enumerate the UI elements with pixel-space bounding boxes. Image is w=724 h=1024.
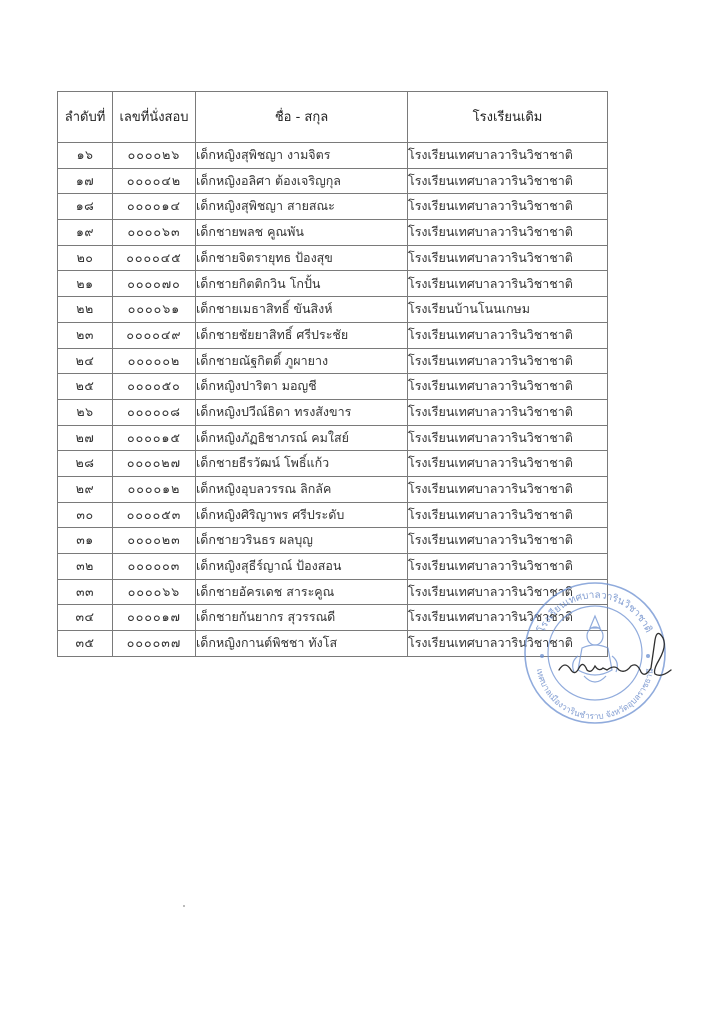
- table-row: ๓๒๐๐๐๐๐๓เด็กหญิงสุธีร์ญาณ์ ป้องสอนโรงเรี…: [58, 554, 608, 580]
- seat-number: ๐๐๐๐๔๕: [113, 245, 196, 271]
- seat-number: ๐๐๐๐๗๐: [113, 271, 196, 297]
- former-school: โรงเรียนเทศบาลวารินวิชาชาติ: [408, 476, 608, 502]
- table-row: ๒๖๐๐๐๐๐๘เด็กหญิงปวีณ์ธิดา ทรงสังขารโรงเร…: [58, 399, 608, 425]
- seat-number: ๐๐๐๐๒๗: [113, 451, 196, 477]
- table-row: ๑๗๐๐๐๐๔๒เด็กหญิงอลิศา ต้องเจริญกุลโรงเรี…: [58, 168, 608, 194]
- header-order-number: ลำดับที่: [58, 92, 113, 143]
- student-name: เด็กชายณัฐกิตติ์ ภูผายาง: [196, 348, 408, 374]
- order-number: ๑๘: [58, 194, 113, 220]
- seat-number: ๐๐๐๐๕๓: [113, 502, 196, 528]
- seat-number: ๐๐๐๐๒๓: [113, 528, 196, 554]
- student-name: เด็กชายกันยากร สุวรรณดี: [196, 605, 408, 631]
- student-name: เด็กหญิงสุธีร์ญาณ์ ป้องสอน: [196, 554, 408, 580]
- seat-number: ๐๐๐๐๑๕: [113, 425, 196, 451]
- former-school: โรงเรียนเทศบาลวารินวิชาชาติ: [408, 451, 608, 477]
- table-row: ๒๑๐๐๐๐๗๐เด็กชายกิตติกวิน โกปั้นโรงเรียนเ…: [58, 271, 608, 297]
- seat-number: ๐๐๐๐๑๒: [113, 476, 196, 502]
- table-body: ๑๖๐๐๐๐๒๖เด็กหญิงสุพิชญา งามจิตรโรงเรียนเ…: [58, 143, 608, 657]
- student-name: เด็กชายกิตติกวิน โกปั้น: [196, 271, 408, 297]
- svg-text:เทศบาลเมืองวารินชำราบ จังหวัดอ: เทศบาลเมืองวารินชำราบ จังหวัดอุบลราชธานี: [534, 667, 657, 722]
- former-school: โรงเรียนเทศบาลวารินวิชาชาติ: [408, 399, 608, 425]
- table-row: ๓๑๐๐๐๐๒๓เด็กชายวรินธร ผลบุญโรงเรียนเทศบา…: [58, 528, 608, 554]
- table-row: ๒๘๐๐๐๐๒๗เด็กชายธีรวัฒน์ โพธิ์แก้วโรงเรีย…: [58, 451, 608, 477]
- order-number: ๒๑: [58, 271, 113, 297]
- former-school: โรงเรียนเทศบาลวารินวิชาชาติ: [408, 194, 608, 220]
- stamp-bottom-text: เทศบาลเมืองวารินชำราบ จังหวัดอุบลราชธานี: [534, 667, 657, 722]
- former-school: โรงเรียนเทศบาลวารินวิชาชาติ: [408, 631, 608, 657]
- order-number: ๓๔: [58, 605, 113, 631]
- header-seat-number: เลขที่นั่งสอบ: [113, 92, 196, 143]
- order-number: ๓๕: [58, 631, 113, 657]
- order-number: ๒๘: [58, 451, 113, 477]
- order-number: ๓๑: [58, 528, 113, 554]
- table-row: ๑๘๐๐๐๐๑๔เด็กหญิงสุพิชญา สายสณะโรงเรียนเท…: [58, 194, 608, 220]
- table-row: ๒๓๐๐๐๐๔๙เด็กชายชัยยาสิทธิ์ ศรีประชัยโรงเ…: [58, 322, 608, 348]
- former-school: โรงเรียนเทศบาลวารินวิชาชาติ: [408, 143, 608, 169]
- order-number: ๓๐: [58, 502, 113, 528]
- student-name: เด็กหญิงอลิศา ต้องเจริญกุล: [196, 168, 408, 194]
- order-number: ๒๓: [58, 322, 113, 348]
- former-school: โรงเรียนเทศบาลวารินวิชาชาติ: [408, 220, 608, 246]
- table-row: ๑๙๐๐๐๐๖๓เด็กชายพลช คูณพันโรงเรียนเทศบาลว…: [58, 220, 608, 246]
- former-school: โรงเรียนเทศบาลวารินวิชาชาติ: [408, 502, 608, 528]
- order-number: ๒๖: [58, 399, 113, 425]
- former-school: โรงเรียนเทศบาลวารินวิชาชาติ: [408, 579, 608, 605]
- table-row: ๓๓๐๐๐๐๖๖เด็กชายอัครเดช สาระคูณโรงเรียนเท…: [58, 579, 608, 605]
- order-number: ๒๔: [58, 348, 113, 374]
- order-number: ๒๒: [58, 297, 113, 323]
- seat-number: ๐๐๐๐๖๑: [113, 297, 196, 323]
- table-row: ๒๙๐๐๐๐๑๒เด็กหญิงอุบลวรรณ ลิกลัคโรงเรียนเ…: [58, 476, 608, 502]
- table-row: ๒๐๐๐๐๐๔๕เด็กชายจิตรายุทธ ป้องสุขโรงเรียน…: [58, 245, 608, 271]
- order-number: ๒๗: [58, 425, 113, 451]
- former-school: โรงเรียนเทศบาลวารินวิชาชาติ: [408, 245, 608, 271]
- header-former-school: โรงเรียนเดิม: [408, 92, 608, 143]
- order-number: ๒๐: [58, 245, 113, 271]
- order-number: ๓๒: [58, 554, 113, 580]
- order-number: ๑๗: [58, 168, 113, 194]
- order-number: ๑๙: [58, 220, 113, 246]
- seat-number: ๐๐๐๐๔๙: [113, 322, 196, 348]
- student-name: เด็กหญิงกานต์พิชชา ทังโส: [196, 631, 408, 657]
- student-name: เด็กหญิงปาริตา มอญชี: [196, 374, 408, 400]
- student-name: เด็กหญิงปวีณ์ธิดา ทรงสังขาร: [196, 399, 408, 425]
- former-school: โรงเรียนเทศบาลวารินวิชาชาติ: [408, 168, 608, 194]
- header-full-name: ชื่อ - สกุล: [196, 92, 408, 143]
- student-name: เด็กหญิงอุบลวรรณ ลิกลัค: [196, 476, 408, 502]
- scan-speck: [183, 905, 185, 907]
- order-number: ๒๙: [58, 476, 113, 502]
- student-name: เด็กชายธีรวัฒน์ โพธิ์แก้ว: [196, 451, 408, 477]
- seat-number: ๐๐๐๐๖๖: [113, 579, 196, 605]
- former-school: โรงเรียนเทศบาลวารินวิชาชาติ: [408, 271, 608, 297]
- student-name: เด็กหญิงภัฏธิชาภรณ์ คมใสย์: [196, 425, 408, 451]
- table-row: ๒๗๐๐๐๐๑๕เด็กหญิงภัฏธิชาภรณ์ คมใสย์โรงเรี…: [58, 425, 608, 451]
- student-name: เด็กชายอัครเดช สาระคูณ: [196, 579, 408, 605]
- seat-number: ๐๐๐๐๐๘: [113, 399, 196, 425]
- seat-number: ๐๐๐๐๑๔: [113, 194, 196, 220]
- former-school: โรงเรียนเทศบาลวารินวิชาชาติ: [408, 528, 608, 554]
- student-name: เด็กชายจิตรายุทธ ป้องสุข: [196, 245, 408, 271]
- former-school: โรงเรียนเทศบาลวารินวิชาชาติ: [408, 554, 608, 580]
- table-row: ๓๔๐๐๐๐๑๗เด็กชายกันยากร สุวรรณดีโรงเรียนเ…: [58, 605, 608, 631]
- former-school: โรงเรียนบ้านโนนเกษม: [408, 297, 608, 323]
- table-row: ๒๕๐๐๐๐๕๐เด็กหญิงปาริตา มอญชีโรงเรียนเทศบ…: [58, 374, 608, 400]
- order-number: ๒๕: [58, 374, 113, 400]
- seat-number: ๐๐๐๐๕๐: [113, 374, 196, 400]
- table-row: ๒๒๐๐๐๐๖๑เด็กชายเมธาสิทธิ์ ขันสิงห์โรงเรี…: [58, 297, 608, 323]
- former-school: โรงเรียนเทศบาลวารินวิชาชาติ: [408, 348, 608, 374]
- table-header-row: ลำดับที่ เลขที่นั่งสอบ ชื่อ - สกุล โรงเร…: [58, 92, 608, 143]
- table-row: ๑๖๐๐๐๐๒๖เด็กหญิงสุพิชญา งามจิตรโรงเรียนเ…: [58, 143, 608, 169]
- order-number: ๓๓: [58, 579, 113, 605]
- student-roster-table: ลำดับที่ เลขที่นั่งสอบ ชื่อ - สกุล โรงเร…: [57, 91, 608, 657]
- student-name: เด็กหญิงศิริญาพร ศรีประดับ: [196, 502, 408, 528]
- seat-number: ๐๐๐๐๑๗: [113, 605, 196, 631]
- document-page: ลำดับที่ เลขที่นั่งสอบ ชื่อ - สกุล โรงเร…: [0, 0, 724, 1024]
- table-row: ๓๕๐๐๐๐๓๗เด็กหญิงกานต์พิชชา ทังโสโรงเรียน…: [58, 631, 608, 657]
- student-name: เด็กชายพลช คูณพัน: [196, 220, 408, 246]
- table-row: ๒๔๐๐๐๐๐๒เด็กชายณัฐกิตติ์ ภูผายางโรงเรียน…: [58, 348, 608, 374]
- former-school: โรงเรียนเทศบาลวารินวิชาชาติ: [408, 605, 608, 631]
- order-number: ๑๖: [58, 143, 113, 169]
- student-name: เด็กชายวรินธร ผลบุญ: [196, 528, 408, 554]
- seat-number: ๐๐๐๐๒๖: [113, 143, 196, 169]
- student-name: เด็กหญิงสุพิชญา งามจิตร: [196, 143, 408, 169]
- former-school: โรงเรียนเทศบาลวารินวิชาชาติ: [408, 374, 608, 400]
- student-name: เด็กชายเมธาสิทธิ์ ขันสิงห์: [196, 297, 408, 323]
- student-name: เด็กหญิงสุพิชญา สายสณะ: [196, 194, 408, 220]
- student-name: เด็กชายชัยยาสิทธิ์ ศรีประชัย: [196, 322, 408, 348]
- seat-number: ๐๐๐๐๖๓: [113, 220, 196, 246]
- seat-number: ๐๐๐๐๔๒: [113, 168, 196, 194]
- former-school: โรงเรียนเทศบาลวารินวิชาชาติ: [408, 425, 608, 451]
- seat-number: ๐๐๐๐๐๒: [113, 348, 196, 374]
- table-row: ๓๐๐๐๐๐๕๓เด็กหญิงศิริญาพร ศรีประดับโรงเรี…: [58, 502, 608, 528]
- seat-number: ๐๐๐๐๓๗: [113, 631, 196, 657]
- seat-number: ๐๐๐๐๐๓: [113, 554, 196, 580]
- former-school: โรงเรียนเทศบาลวารินวิชาชาติ: [408, 322, 608, 348]
